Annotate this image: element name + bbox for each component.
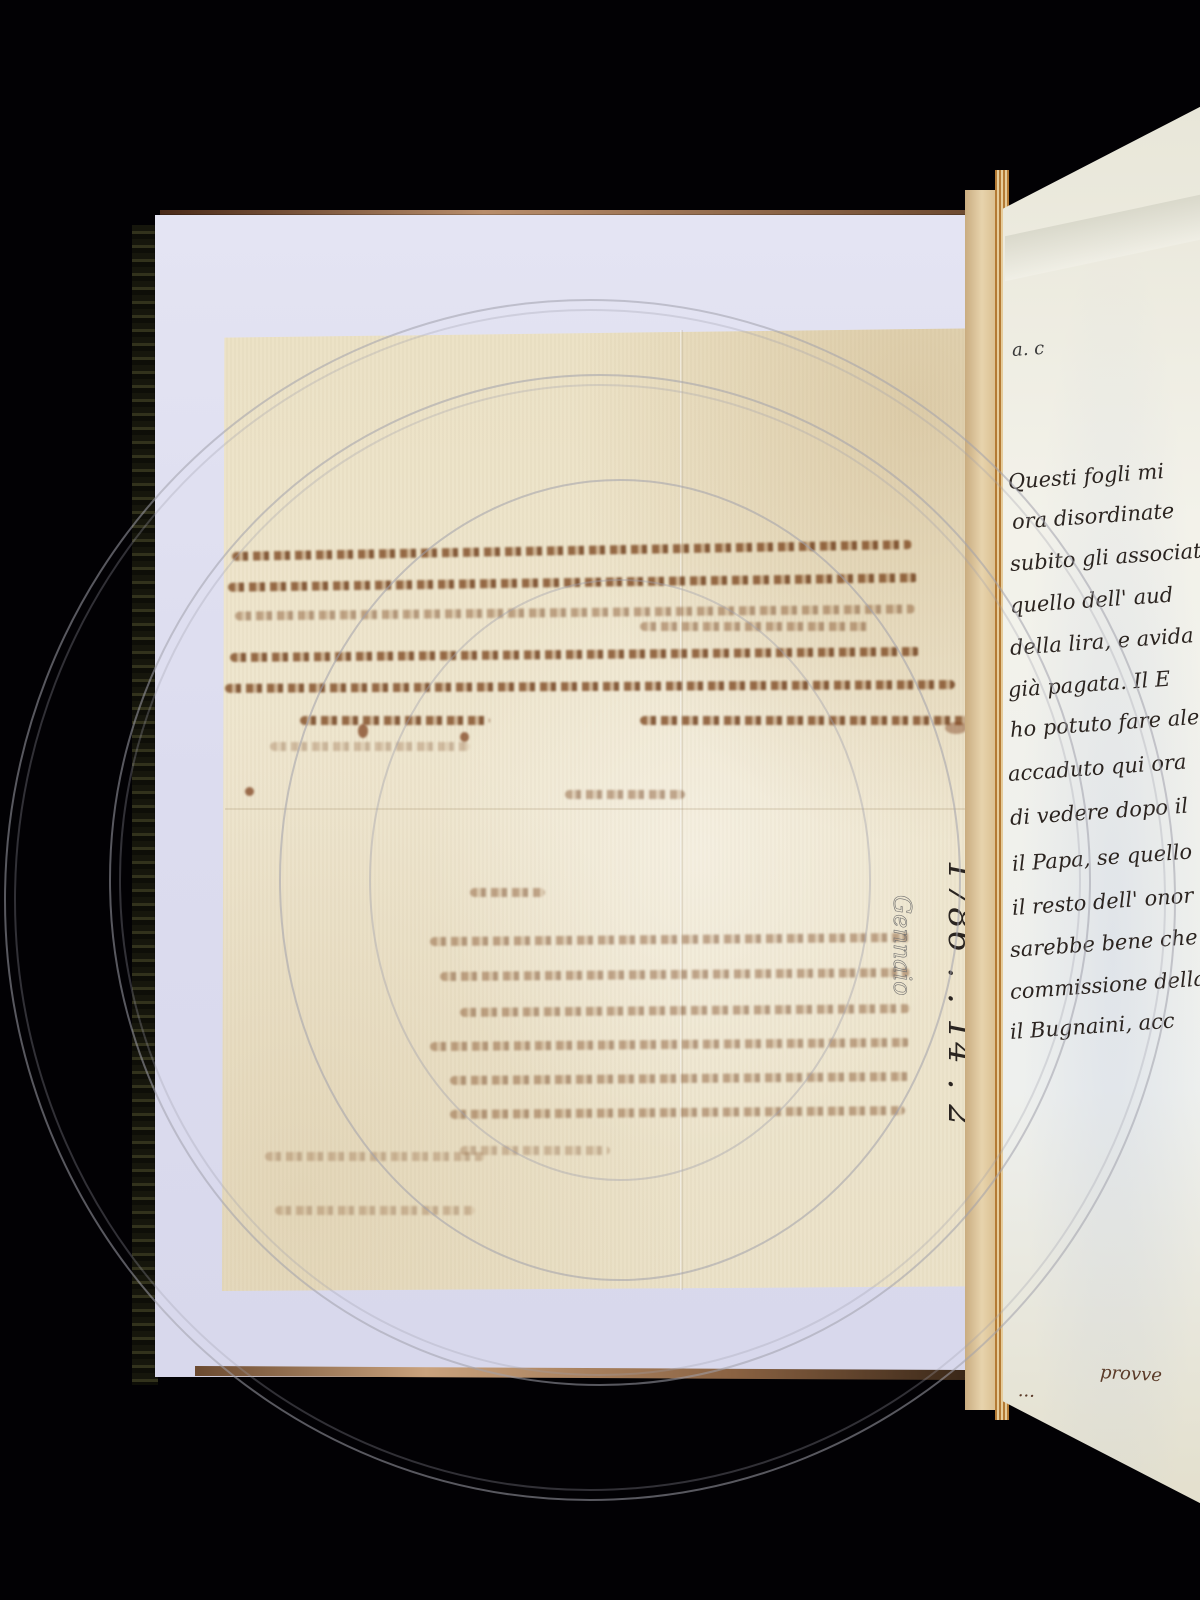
archival-month-note: Gennaio — [888, 895, 916, 996]
page-footer-catchword: provve — [1099, 1362, 1162, 1386]
page-header: a. c — [1011, 338, 1045, 361]
letter-fold-vertical — [680, 330, 683, 1290]
page-footer-left: ... — [1017, 1380, 1035, 1402]
letter-fold-horizontal — [225, 808, 1005, 810]
